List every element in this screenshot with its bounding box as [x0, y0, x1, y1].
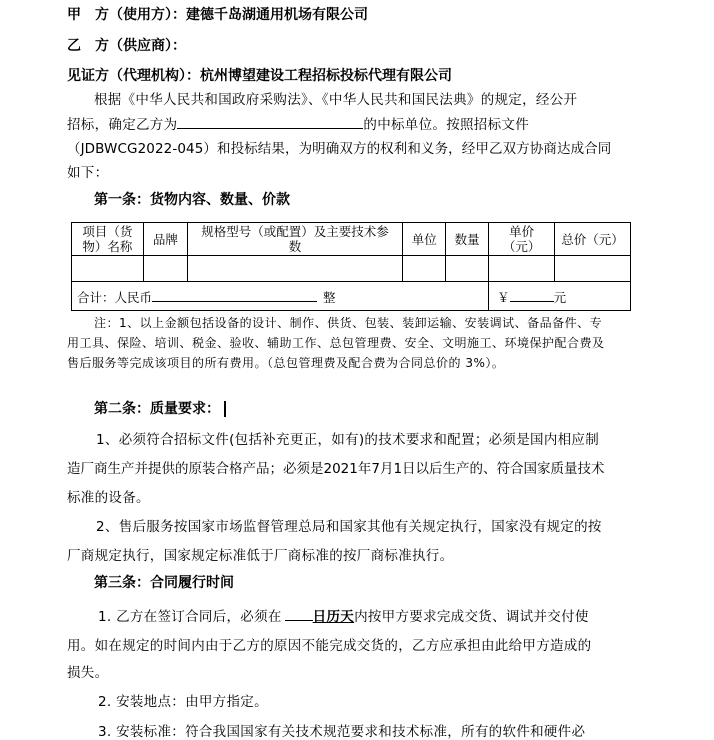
- goods-table: 项目（货物）名称 品牌 规格型号（或配置）及主要技术参数 单位 数量 单价（元）…: [71, 222, 631, 311]
- total-label: 合计：人民币: [77, 290, 152, 305]
- cell-total-price[interactable]: [555, 256, 631, 282]
- total-rmb-cell: 合计：人民币整: [72, 282, 489, 311]
- article-2-p2-line-1: 2、售后服务按国家市场监督管理总局和国家其他有关规定执行，国家没有规定的按: [96, 515, 602, 535]
- witness-line: 见证方（代理机构）：杭州博望建设工程招标投标代理有限公司: [67, 65, 452, 85]
- article-1-title: 第一条：货物内容、数量、价款: [94, 189, 290, 209]
- cell-unit[interactable]: [403, 256, 446, 282]
- witness-value: 杭州博望建设工程招标投标代理有限公司: [200, 68, 452, 84]
- note-line-3: 售后服务等完成该项目的所有费用。（总包管理费及配合费为合同总价的 3%）。: [67, 354, 504, 371]
- witness-label: 见证方（代理机构）：: [67, 68, 200, 84]
- total-row: 合计：人民币整 ￥元: [72, 282, 631, 311]
- note-line-1: 注：1、以上金额包括设备的设计、制作、供货、包装、装卸运输、安装调试、备品备件、…: [94, 314, 602, 331]
- article-3-p1-line-1: 1. 乙方在签订合同后，必须在日历天内按甲方要求完成交货、调试并交付使: [98, 605, 589, 625]
- currency-symbol: ￥: [497, 290, 510, 305]
- party-a-label: 甲 方（使用方）：: [67, 7, 186, 23]
- article-3-p2: 2. 安装地点：由甲方指定。: [98, 690, 268, 710]
- text-cursor: [224, 401, 226, 417]
- intro-line-2-pre: 招标，确定乙方为: [67, 117, 177, 133]
- party-b-line: 乙 方（供应商）：: [67, 35, 186, 55]
- intro-line-3: （JDBWCG2022-045）和投标结果，为明确双方的权利和义务，经甲乙双方协…: [67, 137, 611, 157]
- intro-line-4: 如下：: [67, 161, 108, 181]
- total-suffix: 整: [323, 290, 336, 305]
- header-total-price: 总价（元）: [555, 223, 631, 256]
- article-2-p2-line-2: 厂商规定执行，国家规定标准低于厂商标准的按厂商标准执行。: [67, 544, 453, 564]
- header-item-name: 项目（货物）名称: [72, 223, 144, 256]
- article-3-p1-post: 内按甲方要求完成交货、调试并交付使: [354, 609, 589, 625]
- header-brand: 品牌: [143, 223, 187, 256]
- total-amount-cell: ￥元: [489, 282, 631, 311]
- total-unit: 元: [554, 290, 567, 305]
- cell-unit-price[interactable]: [489, 256, 555, 282]
- total-amount-blank[interactable]: [510, 288, 554, 302]
- party-a-line: 甲 方（使用方）：建德千岛湖通用机场有限公司: [67, 4, 368, 24]
- article-3-p3: 3. 安装标准：符合我国国家有关技术规范要求和技术标准，所有的软件和硬件必: [98, 720, 585, 740]
- cell-brand[interactable]: [143, 256, 187, 282]
- header-unit: 单位: [403, 223, 446, 256]
- cell-item-name[interactable]: [72, 256, 144, 282]
- total-words-blank[interactable]: [152, 288, 317, 302]
- header-spec: 规格型号（或配置）及主要技术参数: [187, 223, 403, 256]
- article-3-p1-line-2: 用。如在规定的时间内由于乙方的原因不能完成交货的，乙方应承担由此给甲方造成的: [67, 634, 591, 654]
- cell-spec[interactable]: [187, 256, 403, 282]
- intro-line-1: 根据《中华人民共和国政府采购法》、《中华人民共和国民法典》的规定，经公开: [94, 88, 577, 108]
- article-3-p1-pre: 1. 乙方在签订合同后，必须在: [98, 609, 282, 625]
- cell-quantity[interactable]: [446, 256, 489, 282]
- party-b-label: 乙 方（供应商）：: [67, 38, 186, 54]
- winning-bidder-blank[interactable]: [177, 115, 363, 129]
- article-2-p1-line-3: 标准的设备。: [67, 486, 150, 506]
- article-3-p1-line-3: 损失。: [67, 661, 108, 681]
- table-row: [72, 256, 631, 282]
- note-line-2: 用工具、保险、培训、税金、验收、辅助工作、总包管理费、安全、文明施工、环境保护配…: [67, 334, 605, 351]
- party-a-value: 建德千岛湖通用机场有限公司: [186, 7, 368, 23]
- article-3-title: 第三条：合同履行时间: [94, 572, 234, 592]
- delivery-days-blank[interactable]: [285, 607, 313, 621]
- article-2-p1-line-1: 1、必须符合招标文件(包括补充更正，如有)的技术要求和配置；必须是国内相应制: [96, 428, 599, 448]
- intro-line-2-post: 的中标单位。按照招标文件: [363, 117, 529, 133]
- intro-line-2: 招标，确定乙方为的中标单位。按照招标文件: [67, 113, 529, 133]
- article-2-title-text: 第二条：质量要求：: [94, 401, 220, 417]
- table-header-row: 项目（货物）名称 品牌 规格型号（或配置）及主要技术参数 单位 数量 单价（元）…: [72, 223, 631, 256]
- article-2-p1-line-2: 造厂商生产并提供的原装合格产品；必须是2021年7月1日以后生产的、符合国家质量…: [67, 457, 605, 477]
- header-quantity: 数量: [446, 223, 489, 256]
- article-2-title: 第二条：质量要求：: [94, 398, 226, 418]
- calendar-days-label: 日历天: [313, 609, 354, 625]
- header-unit-price: 单价（元）: [489, 223, 555, 256]
